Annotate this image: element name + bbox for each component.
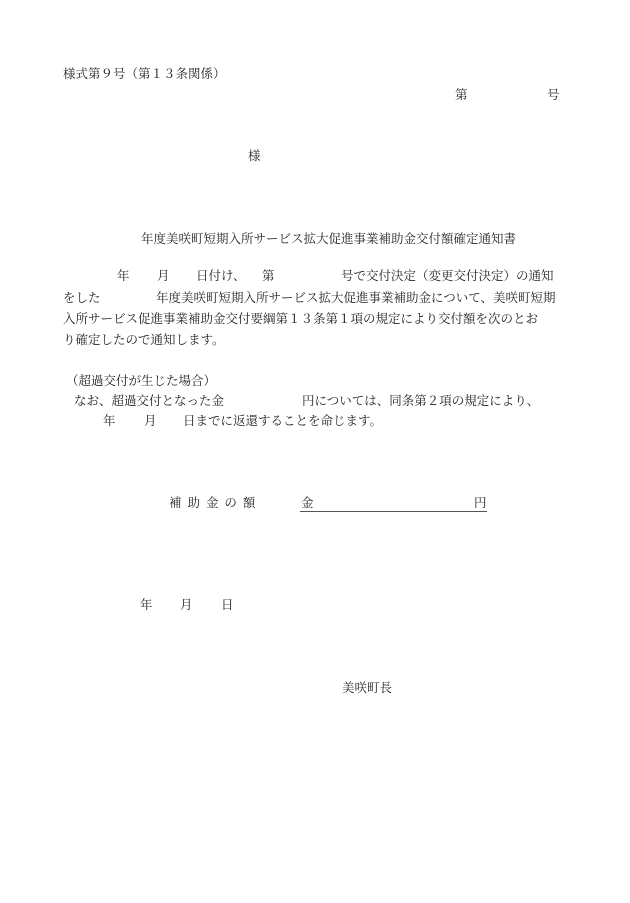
amount-suffix: 円 xyxy=(474,495,487,511)
form-label: 様式第９号（第１３条関係） xyxy=(63,66,226,82)
addressee-suffix: 様 xyxy=(248,148,261,164)
amount-field[interactable]: 金 円 xyxy=(300,495,487,512)
doc-number-prefix: 第 xyxy=(455,87,468,103)
body-line-3: 入所サービス促進事業補助金交付要綱第１３条第１項の規定により交付額を次のとお xyxy=(63,311,538,327)
amount-prefix: 金 xyxy=(301,495,314,511)
date-month: 月 xyxy=(180,597,193,613)
excess-rest: 日までに返還することを命じます。 xyxy=(183,413,382,429)
date-day: 日 xyxy=(221,597,234,613)
body-line2-start: をした xyxy=(63,290,101,306)
body-line2-rest: 年度美咲町短期入所サービス拡大促進事業補助金について、美咲町短期 xyxy=(156,290,556,306)
body-day: 日付け、 xyxy=(196,268,246,284)
excess-heading: （超過交付が生じた場合） xyxy=(66,373,216,389)
excess-line-2: 年 月 日までに返還することを命じます。 xyxy=(100,413,500,493)
excess-line1-end: 円については、同条第２項の規定により、 xyxy=(302,393,539,409)
date-year: 年 xyxy=(140,597,153,613)
issuer-name: 美咲町長 xyxy=(342,680,392,696)
issue-date: 年 月 日 xyxy=(140,597,340,677)
excess-line1-start: なお、超過交付となった金 xyxy=(74,393,224,409)
body-year: 年 xyxy=(117,268,130,284)
body-line1-rest: 号で交付決定（変更交付決定）の通知 xyxy=(341,268,554,284)
amount-label: 補 助 金 の 額 xyxy=(169,495,256,511)
excess-year: 年 xyxy=(103,413,116,429)
doc-number-suffix: 号 xyxy=(547,87,560,103)
body-line-4: り確定したので通知します。 xyxy=(63,332,225,348)
body-month: 月 xyxy=(157,268,170,284)
body-no-prefix: 第 xyxy=(262,268,275,284)
document-title: 年度美咲町短期入所サービス拡大促進事業補助金交付額確定通知書 xyxy=(141,231,516,247)
excess-month: 月 xyxy=(144,413,157,429)
